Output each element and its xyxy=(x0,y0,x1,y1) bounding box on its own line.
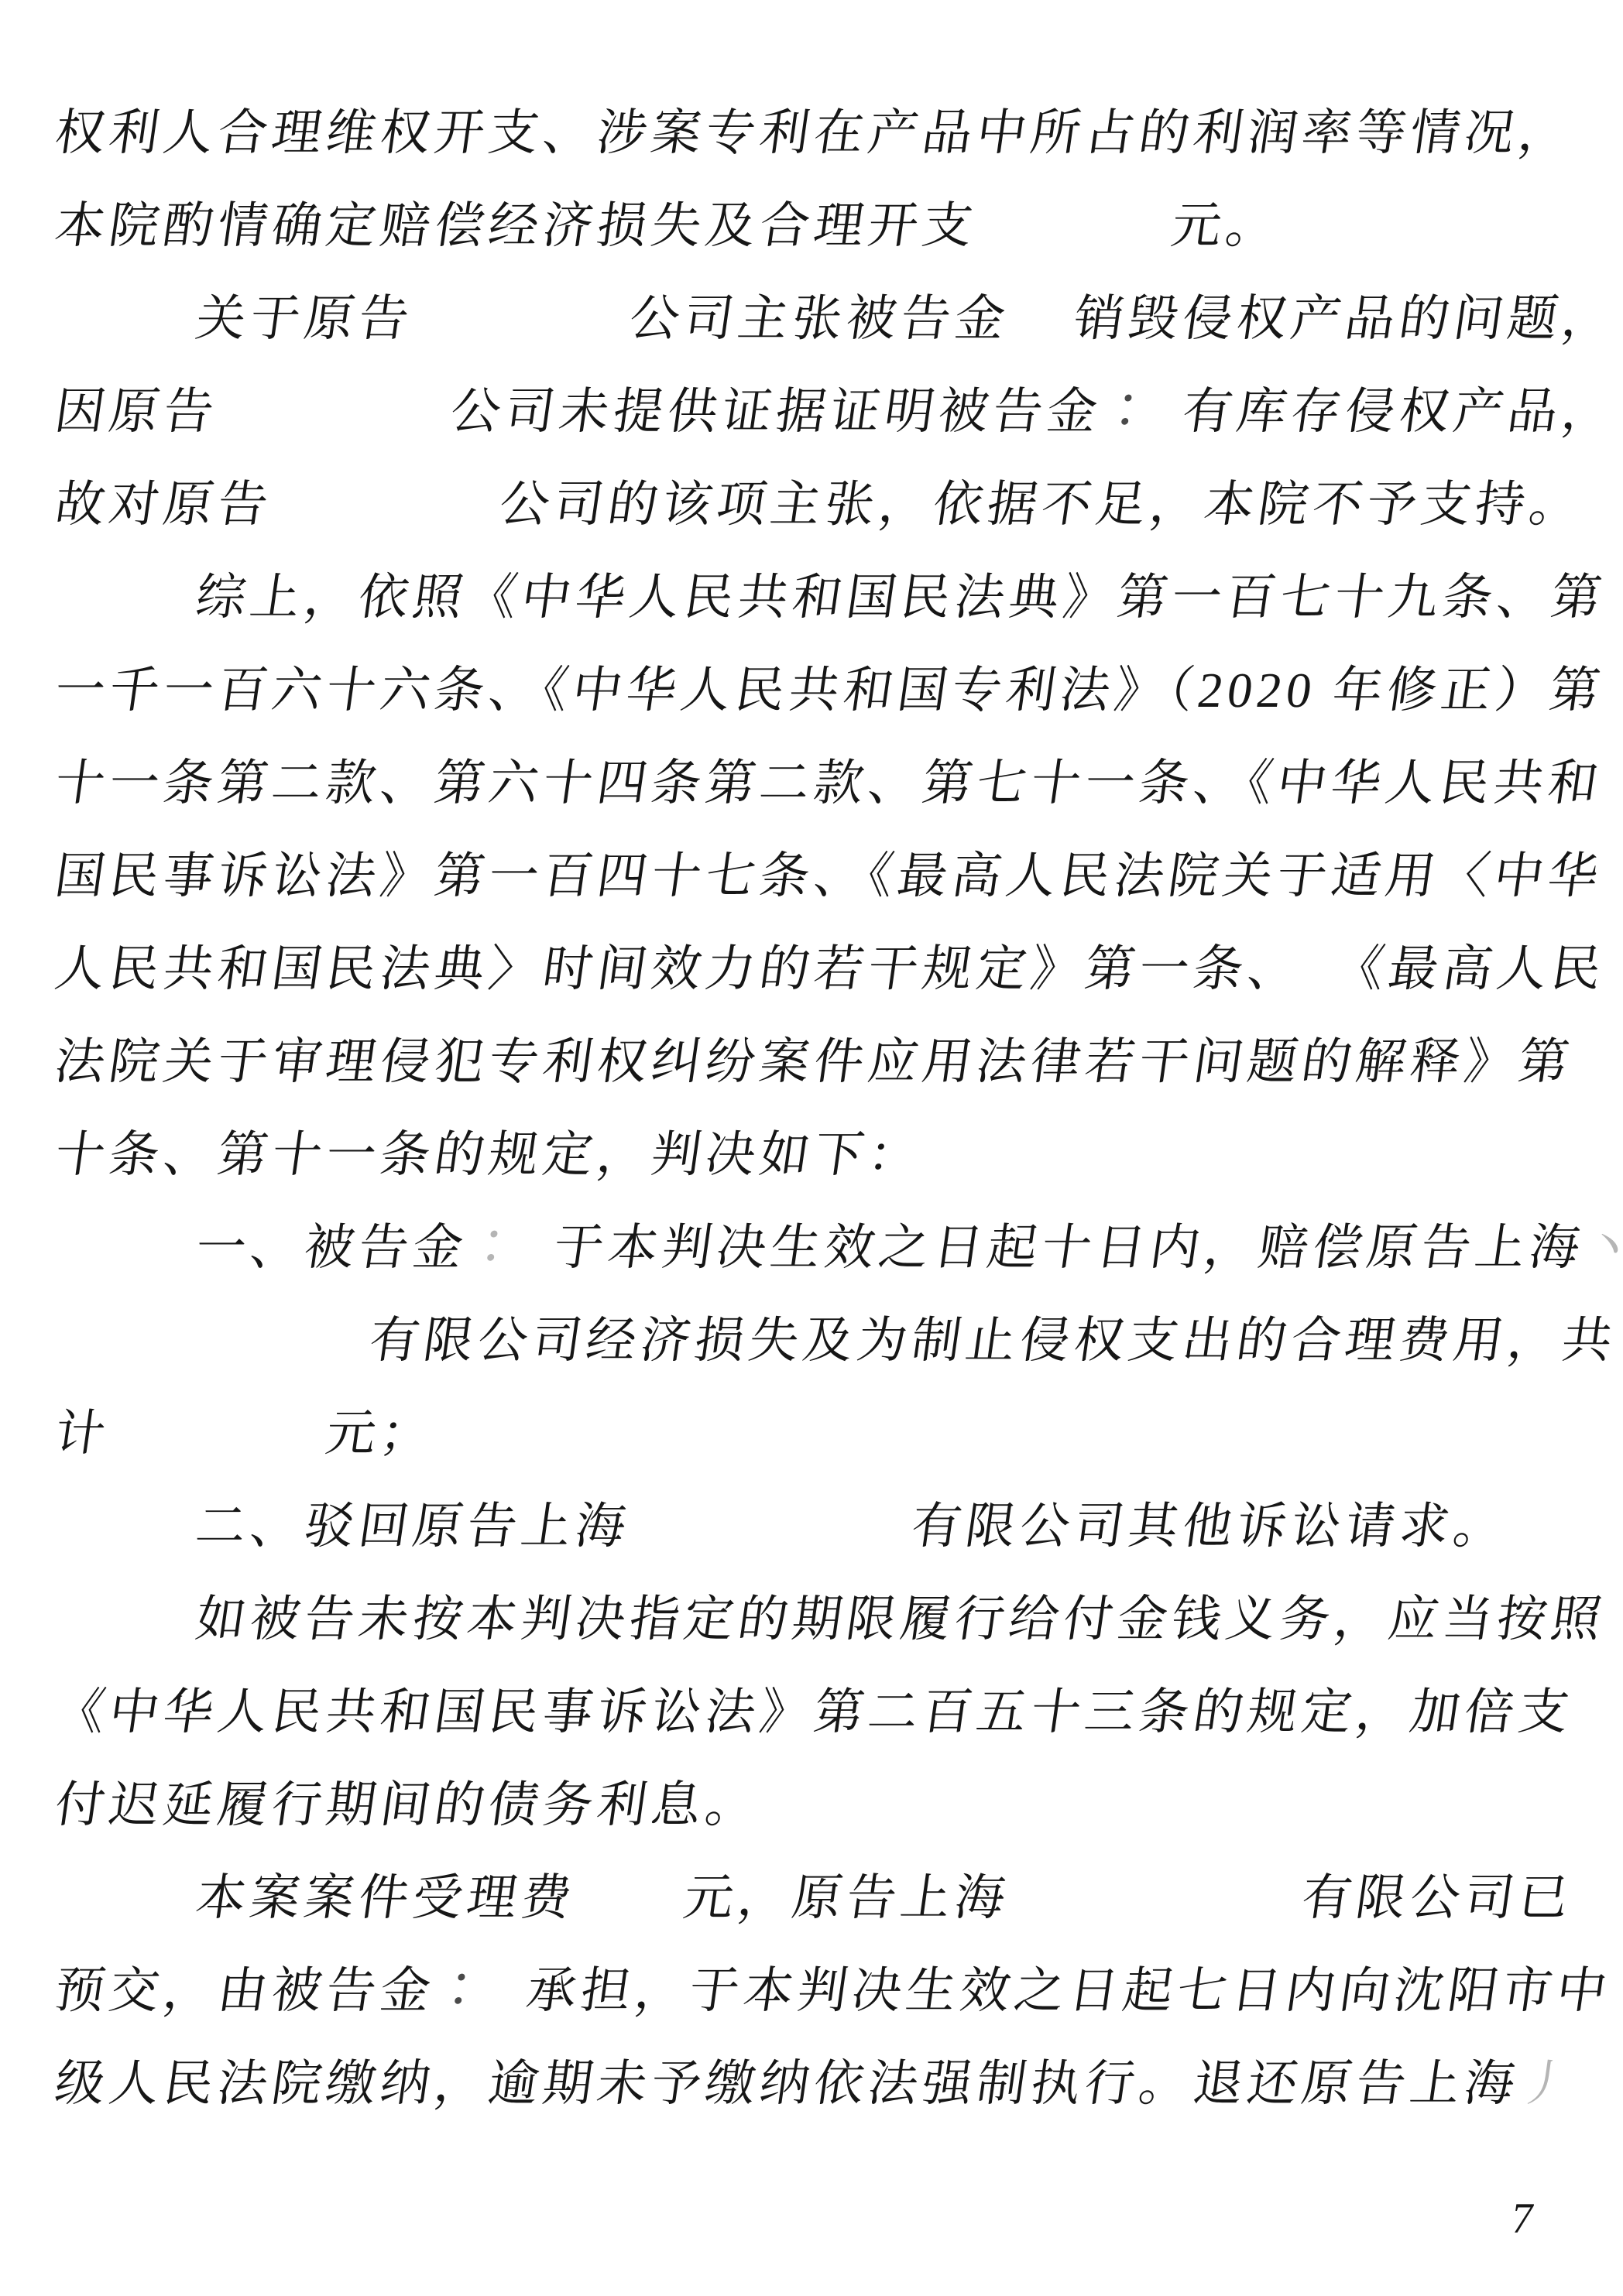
text-run: 二、驳回原告上海 xyxy=(193,1499,634,1554)
document-line: 本案案件受理费元，原告上海有限公司已 xyxy=(49,1852,1603,1945)
redaction-gap xyxy=(627,1542,909,1543)
document-line: 综上，依照《中华人民共和国民法典》第一百七十九条、第 xyxy=(49,551,1603,644)
document-line: 付迟延履行期间的债务利息。 xyxy=(49,1759,1603,1852)
text-run: 有限公司其他诉讼请求。 xyxy=(908,1499,1512,1554)
document-line: 权利人合理维权开支、涉案专利在产品中所占的利润率等情况， xyxy=(49,87,1603,180)
redaction-remnant-mark: ∶ xyxy=(431,1963,493,2018)
redaction-gap xyxy=(519,1263,551,1264)
text-run: 于本判决生效之日起十日内，赔偿原告上海 xyxy=(551,1220,1588,1275)
text-run: 有库存侵权产品， xyxy=(1179,384,1621,439)
document-page: 权利人合理维权开支、涉案专利在产品中所占的利润率等情况，本院酌情确定赔偿经济损失… xyxy=(0,0,1623,2296)
document-line: 如被告未按本判决指定的期限履行给付金钱义务，应当按照 xyxy=(49,1573,1603,1666)
text-run: 综上，依照《中华人民共和国民法典》第一百七十九条、第 xyxy=(193,570,1610,625)
text-run: 本院酌情确定赔偿经济损失及合理开支 xyxy=(52,198,981,253)
document-line: 《中华人民共和国民事诉讼法》第二百五十三条的规定，加倍支 xyxy=(49,1666,1603,1759)
document-line: 因原告公司未提供证据证明被告金∶有库存侵权产品， xyxy=(49,365,1603,458)
text-run: 故对原告 xyxy=(52,477,276,532)
document-line: 计元； xyxy=(49,1387,1603,1480)
text-run: 十一条第二款、第六十四条第二款、第七十一条、《中华人民共和 xyxy=(52,756,1607,810)
document-line: 本院酌情确定赔偿经济损失及合理开支元。 xyxy=(49,180,1603,272)
document-line: 十一条第二款、第六十四条第二款、第七十一条、《中华人民共和 xyxy=(49,737,1603,830)
text-run: 一千一百六十六条、《中华人民共和国专利法》（2020 年修正）第 xyxy=(52,663,1608,718)
redaction-gap xyxy=(1007,334,1072,335)
text-run: 销毁侵权产品的问题， xyxy=(1071,291,1621,346)
document-lines: 权利人合理维权开支、涉案专利在产品中所占的利润率等情况，本院酌情确定赔偿经济损失… xyxy=(49,87,1590,2130)
text-run: 付迟延履行期间的债务利息。 xyxy=(52,1777,764,1832)
redaction-gap xyxy=(1007,1914,1299,1914)
text-run: 有限公司已 xyxy=(1299,1870,1577,1925)
document-line: 预交，由被告金∶承担，于本判决生效之日起七日内向沈阳市中 xyxy=(49,1945,1603,2037)
document-line: 关于原告公司主张被告金销毁侵权产品的问题， xyxy=(49,272,1603,365)
document-line: 十条、第十一条的规定，判决如下： xyxy=(49,1109,1603,1201)
document-line: 一千一百六十六条、《中华人民共和国专利法》（2020 年修正）第 xyxy=(49,644,1603,737)
text-run: 预交，由被告金 xyxy=(52,1963,439,2018)
redaction-remnant-mark: 丶 xyxy=(1580,1220,1623,1275)
text-run: 公司的该项主张，依据不足，本院不予支持。 xyxy=(496,477,1588,532)
text-run: 权利人合理维权开支、涉案专利在产品中所占的利润率等情况， xyxy=(52,105,1577,160)
document-line: 一、被告金∶于本判决生效之日起十日内，赔偿原告上海丶 xyxy=(49,1201,1603,1294)
redaction-remnant-mark: ∶ xyxy=(464,1220,526,1275)
text-run: 公司主张被告金 xyxy=(626,291,1014,346)
text-run: 元，原告上海 xyxy=(681,1870,1014,1925)
text-run: 有限公司经济损失及为制止侵权支出的合理费用，共 xyxy=(366,1313,1621,1368)
document-line: 国民事诉讼法》第一百四十七条、《最高人民法院关于适用〈中华 xyxy=(49,830,1603,923)
redaction-remnant-mark: ∶ xyxy=(1098,384,1160,439)
text-run: 关于原告 xyxy=(193,291,417,346)
redaction-remnant-mark: 丿 xyxy=(1515,2056,1577,2111)
document-line: 法院关于审理侵犯专利权纠纷案件应用法律若干问题的解释》第 xyxy=(49,1016,1603,1109)
redaction-gap xyxy=(215,427,448,428)
text-run: 法院关于审理侵犯专利权纠纷案件应用法律若干问题的解释》第 xyxy=(52,1034,1577,1089)
text-run: 人民共和国民法典〉时间效力的若干规定》第一条、 xyxy=(52,941,1306,996)
page-number: 7 xyxy=(1508,2195,1536,2242)
redaction-gap xyxy=(410,334,627,335)
text-run: 如被告未按本判决指定的期限履行给付金钱义务，应当按照 xyxy=(193,1592,1610,1647)
text-run: 国民事诉讼法》第一百四十七条、《最高人民法院关于适用〈中华 xyxy=(52,848,1607,903)
text-run: 本案案件受理费 xyxy=(193,1870,580,1925)
text-run: 级人民法院缴纳，逾期未予缴纳依法强制执行。退还原告上海 xyxy=(52,2056,1523,2111)
text-run: 计 xyxy=(52,1406,114,1461)
text-run: 一、被告金 xyxy=(193,1220,472,1275)
document-line: 二、驳回原告上海有限公司其他诉讼请求。 xyxy=(49,1480,1603,1573)
text-run: 元； xyxy=(323,1406,439,1461)
document-line: 有限公司经济损失及为制止侵权支出的合理费用，共 xyxy=(49,1294,1603,1387)
document-line: 人民共和国民法典〉时间效力的若干规定》第一条、《最高人民 xyxy=(49,923,1603,1016)
redaction-gap xyxy=(107,1449,324,1450)
document-line: 级人民法院缴纳，逾期未予缴纳依法强制执行。退还原告上海丿 xyxy=(49,2037,1603,2130)
redaction-gap xyxy=(573,1914,681,1914)
text-run: 《中华人民共和国民事诉讼法》第二百五十三条的规定，加倍支 xyxy=(52,1684,1577,1739)
text-run: 承担，于本判决生效之日起七日内向沈阳市中 xyxy=(523,1963,1615,2018)
text-run: 《最高人民 xyxy=(1331,941,1610,996)
document-line: 故对原告公司的该项主张，依据不足，本院不予支持。 xyxy=(49,458,1603,551)
text-run: 元。 xyxy=(1168,198,1285,253)
redaction-gap xyxy=(53,1356,367,1357)
redaction-gap xyxy=(269,520,497,521)
text-run: 公司未提供证据证明被告金 xyxy=(448,384,1106,439)
redaction-gap xyxy=(1153,427,1180,428)
redaction-gap xyxy=(974,242,1169,242)
redaction-gap xyxy=(486,2006,524,2007)
redaction-gap xyxy=(1299,985,1332,985)
text-run: 因原告 xyxy=(52,384,222,439)
text-run: 十条、第十一条的规定，判决如下： xyxy=(52,1127,927,1182)
